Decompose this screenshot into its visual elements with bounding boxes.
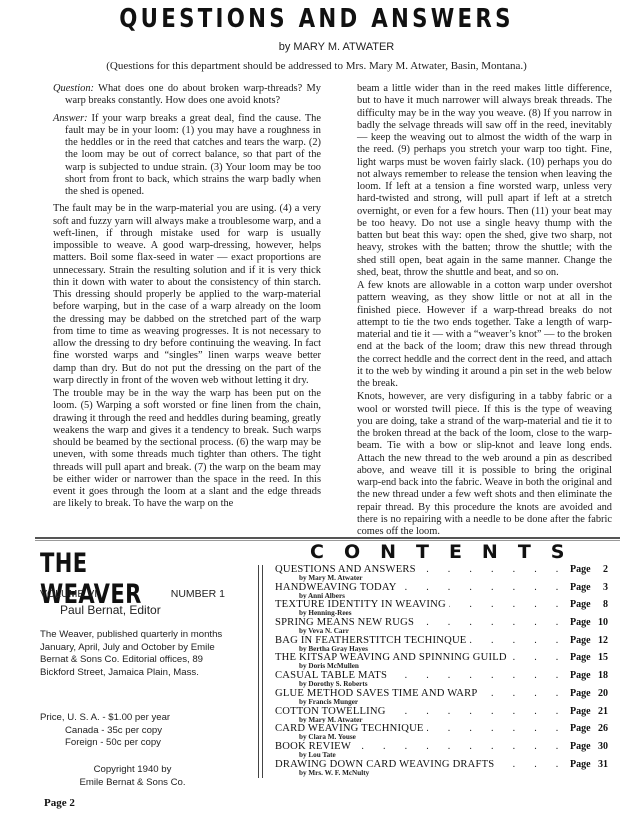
copyright-line: Copyright 1940 by — [40, 763, 225, 776]
answer-text: If your warp breaks a great deal, find t… — [65, 113, 321, 198]
question-paragraph: Question: What does one do about broken … — [53, 83, 321, 108]
article-byline: by MARY M. ATWATER — [0, 41, 633, 53]
page-word: Page — [570, 741, 591, 752]
toc-entry: . . . . . . . . . . . . . . . . . . . . … — [275, 652, 610, 670]
toc-entry-title: SPRING MEANS NEW RUGS — [275, 617, 417, 628]
page-number-value: 26 — [598, 723, 608, 734]
toc-entry-title: CASUAL TABLE MATS — [275, 670, 390, 681]
toc-entry: . . . . . . . . . . . . . . . . . . . . … — [275, 617, 610, 635]
body-paragraph: Knots, however, are very disfiguring in … — [357, 391, 612, 538]
toc-entry-title: GLUE METHOD SAVES TIME AND WARP — [275, 688, 481, 699]
page-number-value: 31 — [598, 759, 608, 770]
toc-entry: . . . . . . . . . . . . . . . . . . . . … — [275, 741, 610, 759]
number-label: NUMBER 1 — [171, 588, 225, 600]
body-paragraph: The trouble may be in the way the warp h… — [53, 388, 321, 511]
toc-entry: . . . . . . . . . . . . . . . . . . . . … — [275, 723, 610, 741]
page-number-value: 2 — [603, 564, 608, 575]
page-word: Page — [570, 652, 591, 663]
page-number: Page 2 — [44, 797, 75, 809]
toc-entry-page: Page20 — [570, 688, 608, 699]
copyright-line: Emile Bernat & Sons Co. — [40, 776, 225, 789]
body-paragraph: The fault may be in the warp-material yo… — [53, 203, 321, 387]
toc-entry-title: BOOK REVIEW — [275, 741, 354, 752]
toc-entry-page: Page12 — [570, 635, 608, 646]
toc-entry-title: HANDWEAVING TODAY — [275, 582, 400, 593]
price-foreign: Foreign - 50c per copy — [40, 737, 240, 750]
toc-entry-page: Page30 — [570, 741, 608, 752]
page-word: Page — [570, 617, 591, 628]
question-label: Question: — [53, 83, 94, 94]
answer-paragraph: Answer: If your warp breaks a great deal… — [53, 113, 321, 199]
toc-entry-title: QUESTIONS AND ANSWERS — [275, 564, 419, 575]
toc-entry: . . . . . . . . . . . . . . . . . . . . … — [275, 670, 610, 688]
page-word: Page — [570, 564, 591, 575]
masthead-title: THE WEAVER — [40, 548, 196, 610]
answer-label: Answer: — [53, 113, 88, 124]
page-number-value: 3 — [603, 582, 608, 593]
toc-entry: . . . . . . . . . . . . . . . . . . . . … — [275, 599, 610, 617]
page-word: Page — [570, 635, 591, 646]
page-word: Page — [570, 759, 591, 770]
contents-title: CONTENTS — [310, 541, 610, 563]
article-column-left: Question: What does one do about broken … — [53, 83, 321, 512]
toc-entry: . . . . . . . . . . . . . . . . . . . . … — [275, 582, 610, 600]
copyright: Copyright 1940 by Emile Bernat & Sons Co… — [40, 763, 225, 789]
page-word: Page — [570, 688, 591, 699]
page-word: Page — [570, 706, 591, 717]
toc-entry-page: Page26 — [570, 723, 608, 734]
page-number-value: 15 — [598, 652, 608, 663]
article-column-right: beam a little wider than in the reed mak… — [357, 83, 612, 539]
toc-entry-title: DRAWING DOWN CARD WEAVING DRAFTS — [275, 759, 497, 770]
page-number-value: 20 — [598, 688, 608, 699]
toc-entry-page: Page10 — [570, 617, 608, 628]
toc-entry-title: THE KITSAP WEAVING AND SPINNING GUILD — [275, 652, 510, 663]
page-word: Page — [570, 599, 591, 610]
toc-entry-page: Page21 — [570, 706, 608, 717]
toc-entry-title: TEXTURE IDENTITY IN WEAVING — [275, 599, 449, 610]
page-word: Page — [570, 670, 591, 681]
article-title: QUESTIONS AND ANSWERS — [57, 4, 576, 34]
article-note: (Questions for this department should be… — [0, 60, 633, 72]
question-text: What does one do about broken warp-threa… — [65, 83, 321, 106]
toc-entry: . . . . . . . . . . . . . . . . . . . . … — [275, 759, 610, 777]
toc-entry: . . . . . . . . . . . . . . . . . . . . … — [275, 688, 610, 706]
toc-entry-page: Page2 — [570, 564, 608, 575]
toc-entry-title: COTTON TOWELLING — [275, 706, 389, 717]
page-number-value: 30 — [598, 741, 608, 752]
body-paragraph: A few knots are allowable in a cotton wa… — [357, 280, 612, 390]
toc-entry-title: BAG IN FEATHERSTITCH TECHINQUE — [275, 635, 469, 646]
toc-entry-page: Page8 — [570, 599, 608, 610]
toc-entry: . . . . . . . . . . . . . . . . . . . . … — [275, 706, 610, 724]
page-number-value: 18 — [598, 670, 608, 681]
price-canada: Canada - 35c per copy — [40, 725, 240, 738]
body-paragraph: beam a little wider than in the reed mak… — [357, 83, 612, 279]
table-of-contents: . . . . . . . . . . . . . . . . . . . . … — [275, 564, 610, 776]
editor-line: Paul Bernat, Editor — [60, 603, 220, 617]
publication-info: The Weaver, published quarterly in month… — [40, 629, 225, 680]
volume-row: VOLUME VI NUMBER 1 — [40, 588, 225, 600]
page-word: Page — [570, 582, 591, 593]
price-block: Price, U. S. A. - $1.00 per year Canada … — [40, 712, 240, 750]
toc-entry-page: Page3 — [570, 582, 608, 593]
toc-entry-author: by Mrs. W. F. McNulty — [299, 769, 369, 777]
toc-entry-page: Page18 — [570, 670, 608, 681]
toc-entry: . . . . . . . . . . . . . . . . . . . . … — [275, 635, 610, 653]
page-number-value: 21 — [598, 706, 608, 717]
toc-entry-page: Page31 — [570, 759, 608, 770]
volume-label: VOLUME VI — [40, 588, 97, 600]
page-word: Page — [570, 723, 591, 734]
toc-entry: . . . . . . . . . . . . . . . . . . . . … — [275, 564, 610, 582]
toc-entry-title: CARD WEAVING TECHNIQUE — [275, 723, 427, 734]
page-number-value: 12 — [598, 635, 608, 646]
page-number-value: 10 — [598, 617, 608, 628]
toc-entry-page: Page15 — [570, 652, 608, 663]
column-divider — [258, 565, 263, 778]
price-usa: Price, U. S. A. - $1.00 per year — [40, 712, 240, 725]
page-number-value: 8 — [603, 599, 608, 610]
